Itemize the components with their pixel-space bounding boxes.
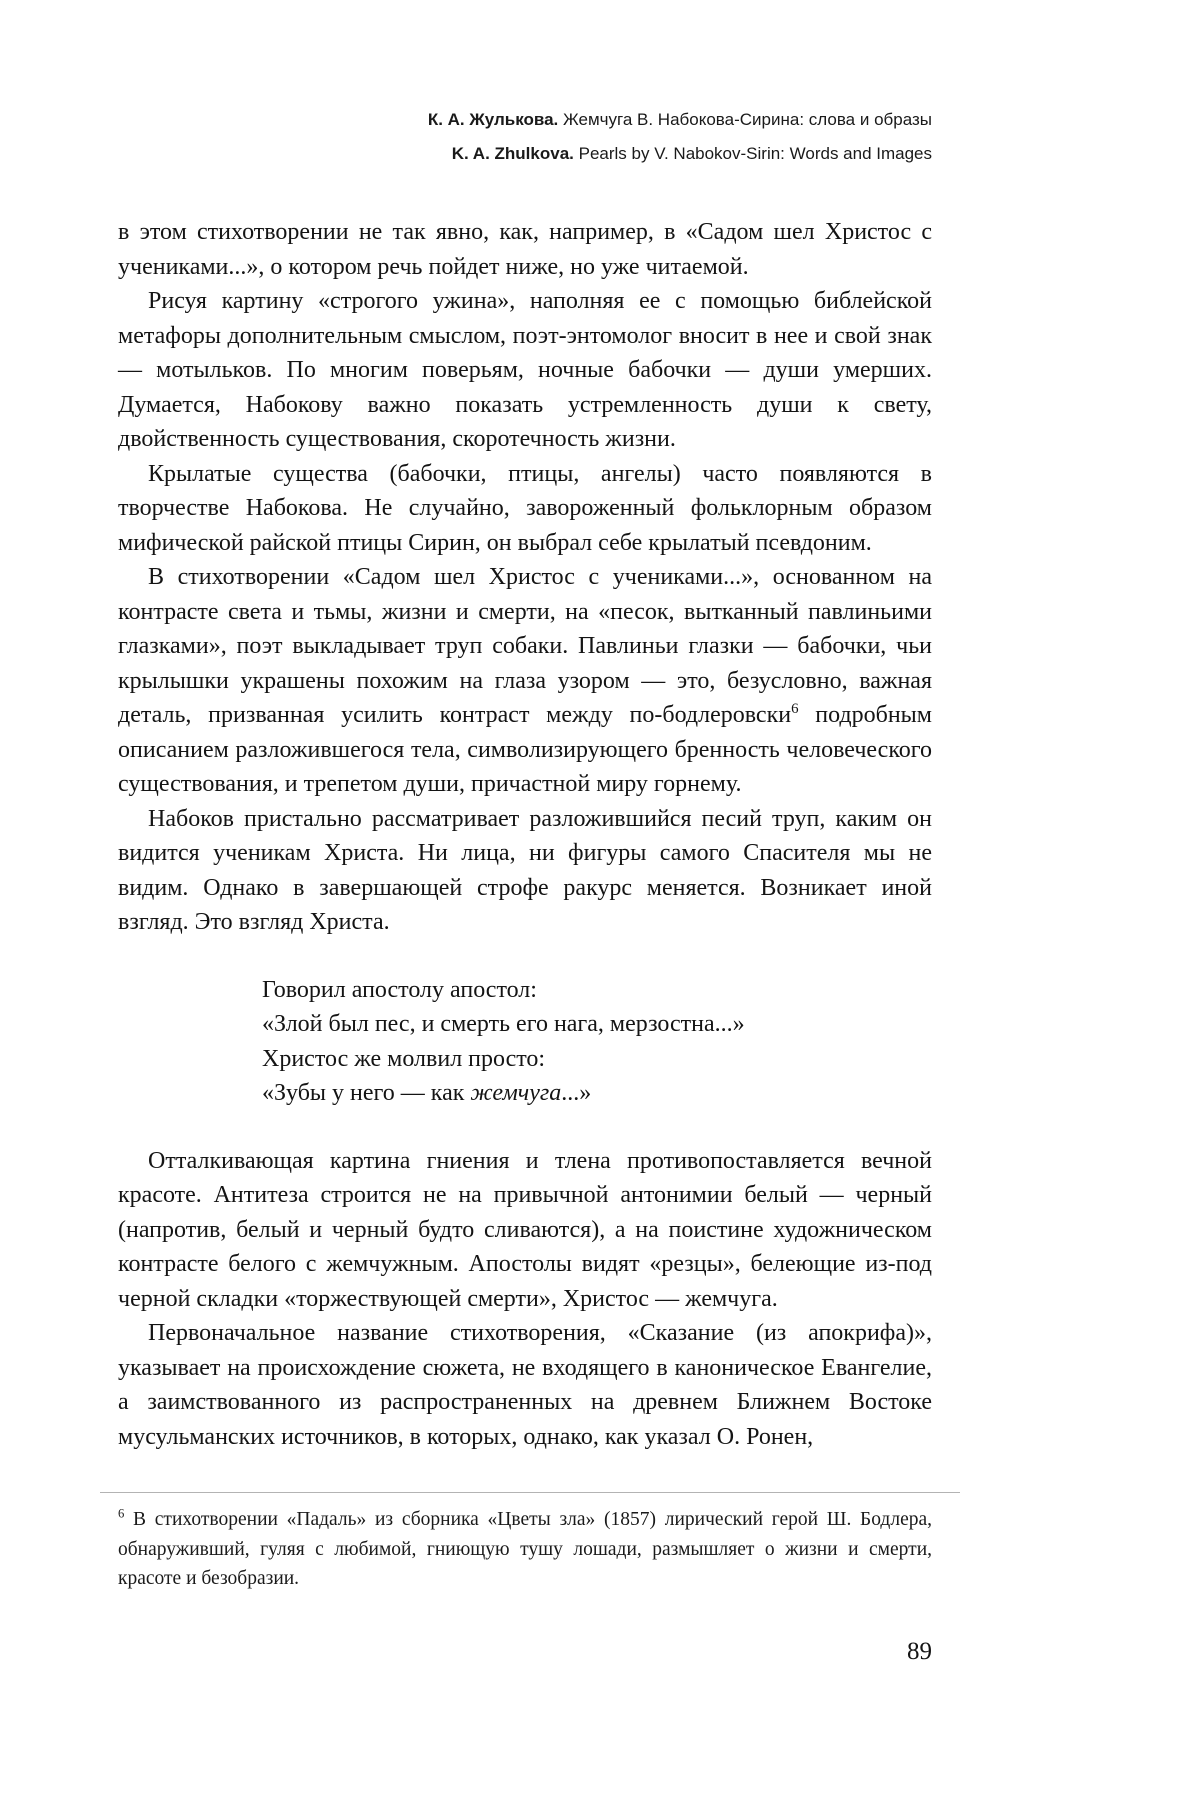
- poem-line-text: ...»: [561, 1080, 591, 1106]
- paragraph: В стихотворении «Садом шел Христос с уче…: [118, 560, 932, 802]
- paragraph: в этом стихотворении не так явно, как, н…: [118, 215, 932, 284]
- running-head-en-title: Pearls by V. Nabokov-Sirin: Words and Im…: [579, 144, 932, 163]
- running-head-en-author: K. A. Zhulkova.: [452, 144, 574, 163]
- running-head-ru: К. А. Жулькова. Жемчуга В. Набокова-Сири…: [118, 103, 932, 137]
- running-head-ru-author: К. А. Жулькова.: [428, 110, 558, 129]
- poem-line: «Зубы у него — как жемчуга...»: [262, 1076, 932, 1111]
- footnote-reference: 6: [791, 701, 798, 717]
- footnote-text: В стихотворении «Падаль» из сборника «Цв…: [118, 1509, 932, 1589]
- article-body: в этом стихотворении не так явно, как, н…: [118, 215, 932, 1454]
- footnote-marker: 6: [118, 1507, 124, 1521]
- paragraph: Первоначальное название стихотворения, «…: [118, 1316, 932, 1454]
- paragraph: Рисуя картину «строгого ужина», наполняя…: [118, 284, 932, 457]
- footnote-separator: [100, 1492, 960, 1493]
- poem-line: Христос же молвил просто:: [262, 1042, 932, 1077]
- poem-quote: Говорил апостолу апостол: «Злой был пес,…: [262, 973, 932, 1111]
- poem-line: «Злой был пес, и смерть его нага, мерзос…: [262, 1007, 932, 1042]
- paragraph-text: В стихотворении «Садом шел Христос с уче…: [118, 564, 932, 728]
- page-number: 89: [118, 1638, 932, 1666]
- footnote: 6 В стихотворении «Падаль» из сборника «…: [118, 1505, 932, 1594]
- paragraph: Набоков пристально рассматривает разложи…: [118, 802, 932, 940]
- running-head-en: K. A. Zhulkova. Pearls by V. Nabokov-Sir…: [118, 137, 932, 171]
- running-head-ru-title: Жемчуга В. Набокова-Сирина: слова и обра…: [563, 110, 932, 129]
- paragraph: Крылатые существа (бабочки, птицы, ангел…: [118, 457, 932, 561]
- article-page: К. А. Жулькова. Жемчуга В. Набокова-Сири…: [0, 0, 1200, 1801]
- running-head: К. А. Жулькова. Жемчуга В. Набокова-Сири…: [118, 0, 932, 171]
- poem-line-text: «Зубы у него — как: [262, 1080, 470, 1106]
- footnote-area: 6 В стихотворении «Падаль» из сборника «…: [118, 1492, 932, 1594]
- poem-line-italic: жемчуга: [470, 1080, 561, 1106]
- poem-line: Говорил апостолу апостол:: [262, 973, 932, 1008]
- paragraph: Отталкивающая картина гниения и тлена пр…: [118, 1144, 932, 1317]
